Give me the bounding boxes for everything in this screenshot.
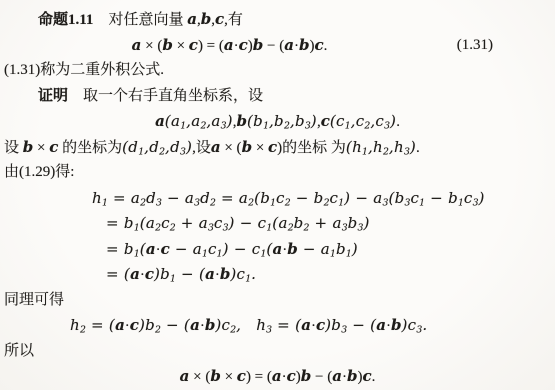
conclusion-line: a × (b × c) = (a·c)b − (a·b)c. (0, 364, 555, 390)
therefore-line: 所以 (0, 339, 555, 365)
equation-1-31-formula: a × (b × c) = (a·c)b − (a·b)c. (132, 38, 328, 54)
equation-1-31-line: a × (b × c) = (a·c)b − (a·b)c. (1.31) (0, 33, 555, 59)
formula-name-line: (1.31)称为二重外积公式. (0, 58, 555, 84)
proof-heading-line: 证明 取一个右手直角坐标系，设 (0, 84, 555, 110)
h1-step-2-line: = b1(a2c2 + a3c3) − c1(a2b2 + a3b3) (0, 211, 555, 237)
h1-step-1-line: h1 = a2d3 − a3d2 = a2(b1c2 − b2c1) − a3(… (0, 186, 555, 212)
similarly-line: 同理可得 (0, 288, 555, 314)
equation-number: (1.31) (457, 33, 493, 59)
setup-line: 设 b × c 的坐标为(d1,d2,d3),设a × (b × c)的坐标 为… (0, 135, 555, 161)
h1-step-4-line: = (a·c)b1 − (a·b)c1. (0, 262, 555, 288)
h2-h3-line: h2 = (a·c)b2 − (a·b)c2, h3 = (a·c)b3 − (… (0, 313, 555, 339)
proposition-heading-line: 命题1.11 对任意向量 a,b,c,有 (0, 7, 555, 33)
coordinates-line: a(a1,a2,a3),b(b1,b2,b3),c(c1,c2,c3). (0, 109, 555, 135)
scanned-textbook-page: 命题1.11 对任意向量 a,b,c,有 a × (b × c) = (a·c)… (0, 0, 555, 390)
derive-intro-line: 由(1.29)得: (0, 160, 555, 186)
h1-step-3-line: = b1(a·c − a1c1) − c1(a·b − a1b1) (0, 237, 555, 263)
